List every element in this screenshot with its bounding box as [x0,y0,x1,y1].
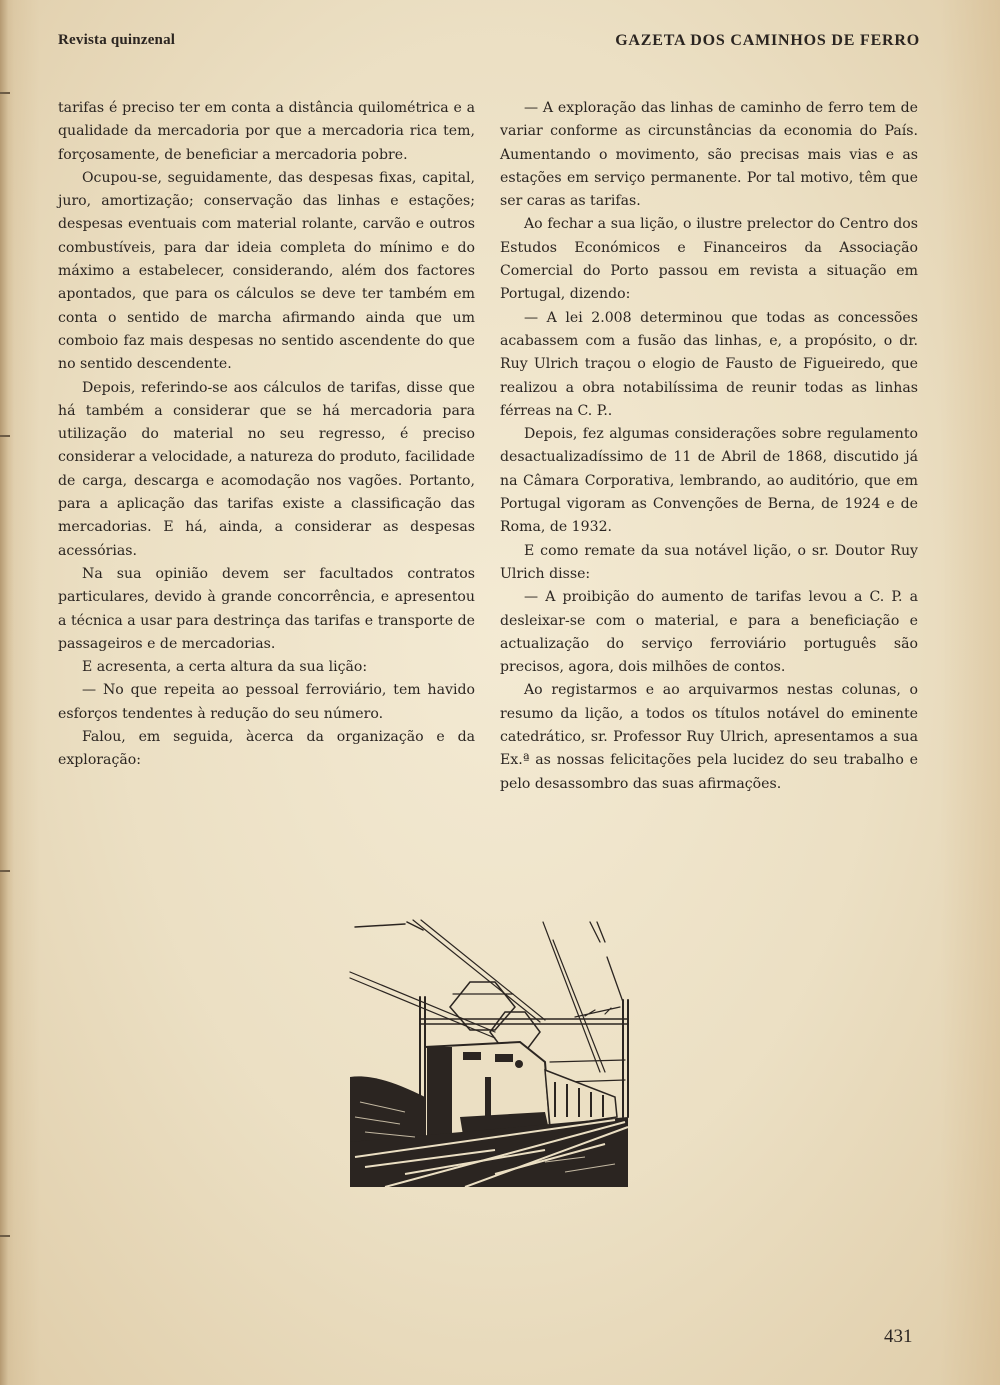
paragraph: Na sua opinião devem ser facultados cont… [58,563,475,656]
binding-mark [0,870,10,872]
paragraph: E como remate da sua notável lição, o sr… [500,540,918,587]
paragraph: Falou, em seguida, àcerca da organização… [58,726,475,773]
text-column-left: tarifas é preciso ter em conta a distânc… [58,97,475,773]
paragraph: E acresenta, a certa altura da sua lição… [58,656,475,679]
paragraph: — No que repeita ao pessoal ferroviário,… [58,679,475,726]
paragraph: Ao registarmos e ao arquivarmos nestas c… [500,679,918,795]
paragraph: — A proibição do aumento de tarifas levo… [500,586,918,679]
paragraph: tarifas é preciso ter em conta a distânc… [58,97,475,167]
page-number: 431 [884,1326,913,1348]
paragraph: Ao fechar a sua lição, o ilustre prelect… [500,213,918,306]
binding-mark [0,435,10,437]
text-column-right: — A exploração das linhas de caminho de … [500,97,918,796]
page-spine-edge [0,0,14,1385]
paragraph: Ocupou-se, seguidamente, das despesas fi… [58,167,475,377]
publication-frequency: Revista quinzenal [58,32,175,49]
running-header: Revista quinzenal GAZETA DOS CAMINHOS DE… [58,32,920,54]
binding-mark [0,92,10,94]
train-illustration [345,912,630,1187]
paragraph: Depois, referindo-se aos cálculos de tar… [58,377,475,563]
paragraph: — A lei 2.008 determinou que todas as co… [500,307,918,423]
electric-train-icon [345,912,630,1187]
publication-title: GAZETA DOS CAMINHOS DE FERRO [615,32,920,50]
paragraph: Depois, fez algumas considerações sobre … [500,423,918,539]
paragraph: — A exploração das linhas de caminho de … [500,97,918,213]
binding-mark [0,1235,10,1237]
